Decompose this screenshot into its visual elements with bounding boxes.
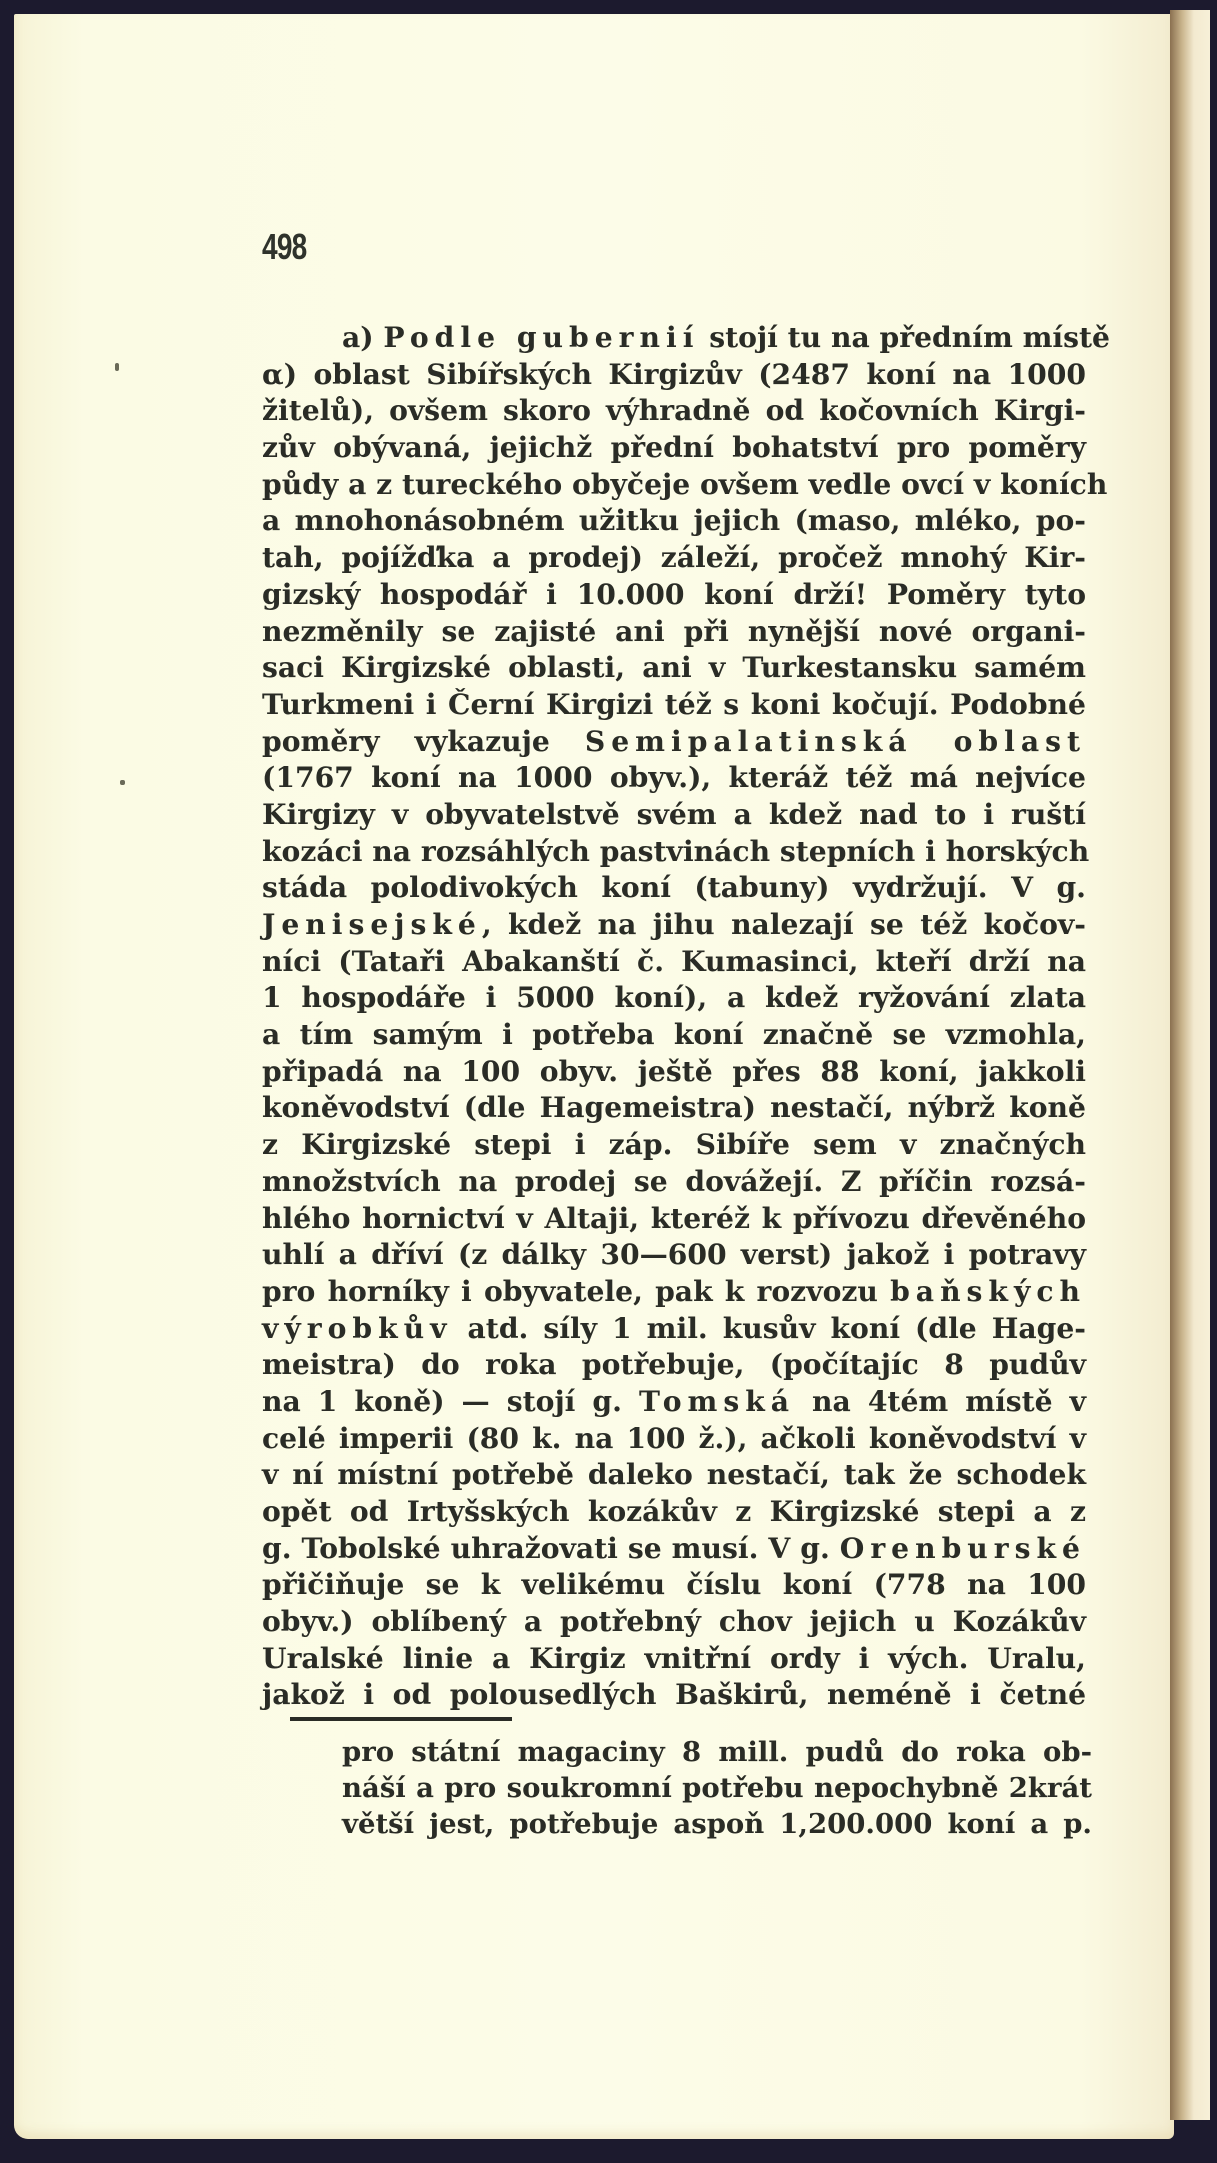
text-line: z Kirgizské stepi i záp. Sibíře sem v zn…: [262, 1127, 1086, 1164]
text-line: na 1 koně) — stojí g. Tomská na 4tém mís…: [262, 1384, 1086, 1421]
text-line: jakož i od polousedlých Baškirů, neméně …: [262, 1677, 1086, 1714]
text-line: Turkmeni i Černí Kirgizi též s koni koču…: [262, 687, 1086, 724]
text-line: meistra) do roka potřebuje, (počítajíc 8…: [262, 1347, 1086, 1384]
margin-speck: [120, 780, 125, 785]
text-line: poměry vykazuje Semipalatinská oblast: [262, 724, 1086, 761]
text-line: Kirgizy v obyvatelstvě svém a kdež nad t…: [262, 797, 1086, 834]
text-line: výrobkův atd. síly 1 mil. kusův koní (dl…: [262, 1311, 1086, 1348]
text-line: opět od Irtyšských kozákův z Kirgizské s…: [262, 1494, 1086, 1531]
text-line: (1767 koní na 1000 obyv.), kteráž též má…: [262, 760, 1086, 797]
text-line: celé imperii (80 k. na 100 ž.), ačkoli k…: [262, 1421, 1086, 1458]
scan-gutter: [0, 0, 14, 2163]
text-line: a tím samým i potřeba koní značně se vzm…: [262, 1017, 1086, 1054]
text-line: přičiňuje se k velikému číslu koní (778 …: [262, 1567, 1086, 1604]
footnote-line: větší jest, potřebuje aspoň 1,200.000 ko…: [342, 1806, 1092, 1842]
text-line: množstvích na prodej se dovážejí. Z příč…: [262, 1164, 1086, 1201]
text-line: gizský hospodář i 10.000 koní drží! Pomě…: [262, 577, 1086, 614]
footnote: pro státní magaciny 8 mill. pudů do roka…: [342, 1734, 1092, 1842]
main-text: a) Podle gubernií stojí tu na předním mí…: [262, 320, 1086, 1714]
text-line: obyv.) oblíbený a potřebný chov jejich u…: [262, 1604, 1086, 1641]
text-line: připadá na 100 obyv. ještě přes 88 koní,…: [262, 1054, 1086, 1091]
adjacent-page-edge: [1170, 10, 1210, 2120]
text-line: nezměnily se zajisté ani při nynější nov…: [262, 614, 1086, 651]
text-line: hlého hornictví v Altaji, kteréž k přívo…: [262, 1201, 1086, 1238]
text-line: a) Podle gubernií stojí tu na předním mí…: [262, 320, 1086, 357]
text-line: zův obývaná, jejichž přední bohatství pr…: [262, 430, 1086, 467]
text-line: kozáci na rozsáhlých pastvinách stepních…: [262, 834, 1086, 871]
text-line: v ní místní potřebě daleko nestačí, tak …: [262, 1457, 1086, 1494]
text-line: Uralské linie a Kirgiz vnitřní ordy i vý…: [262, 1641, 1086, 1678]
text-line: 1 hospodáře i 5000 koní), a kdež ryžován…: [262, 980, 1086, 1017]
text-line: tah, pojížďka a prodej) záleží, pročež m…: [262, 540, 1086, 577]
footnote-line: pro státní magaciny 8 mill. pudů do roka…: [342, 1734, 1092, 1770]
footnote-divider: [290, 1717, 512, 1721]
text-line: níci (Tataři Abakanští č. Kumasinci, kte…: [262, 944, 1086, 981]
text-line: půdy a z tureckého obyčeje ovšem vedle o…: [262, 467, 1086, 504]
page-number: 498: [262, 226, 307, 268]
text-line: pro horníky i obyvatele, pak k rozvozu b…: [262, 1274, 1086, 1311]
text-line: a mnohonásobném užitku jejich (maso, mlé…: [262, 503, 1086, 540]
text-line: g. Tobolské uhražovati se musí. V g. Ore…: [262, 1531, 1086, 1568]
text-line: α) oblast Sibířských Kirgizův (2487 koní…: [262, 357, 1086, 394]
text-line: koněvodství (dle Hagemeistra) nestačí, n…: [262, 1090, 1086, 1127]
text-line: uhlí a dříví (z dálky 30—600 verst) jako…: [262, 1237, 1086, 1274]
text-line: Jenisejské, kdež na jihu nalezají se též…: [262, 907, 1086, 944]
text-line: stáda polodivokých koní (tabuny) vydržuj…: [262, 870, 1086, 907]
text-line: saci Kirgizské oblasti, ani v Turkestans…: [262, 650, 1086, 687]
text-line: žitelů), ovšem skoro výhradně od kočovní…: [262, 393, 1086, 430]
margin-speck: [115, 363, 119, 371]
footnote-line: náší a pro soukromní potřebu nepochybně …: [342, 1770, 1092, 1806]
